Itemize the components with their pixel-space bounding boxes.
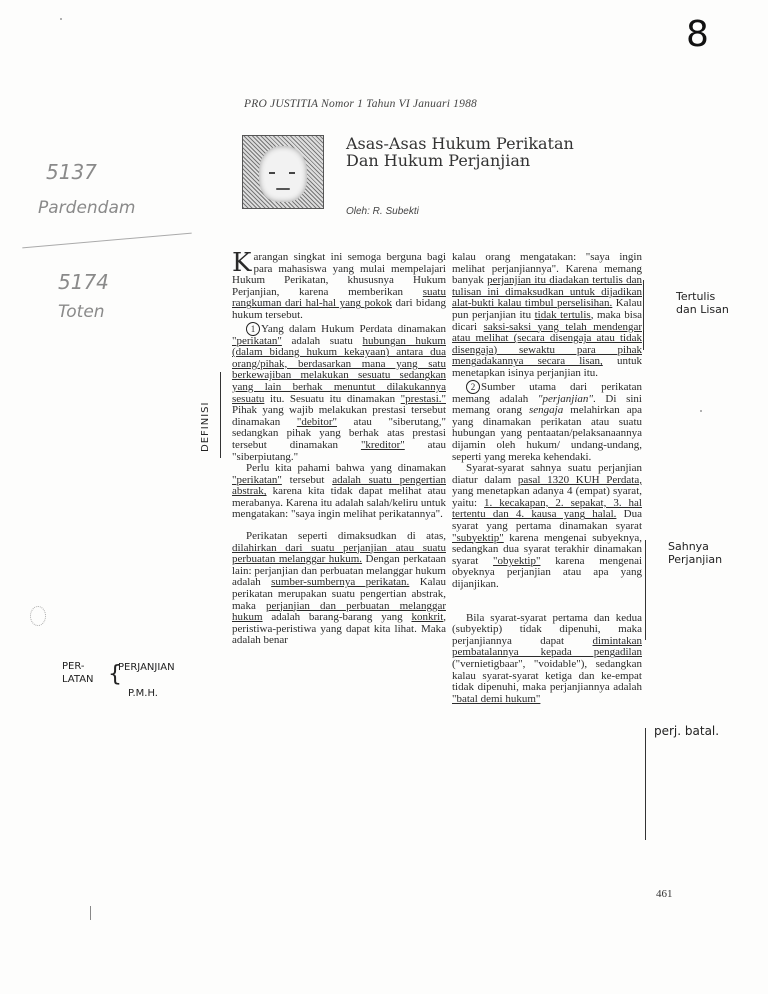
pencil-divider	[22, 233, 191, 249]
pencil-note-number-1: 5137	[46, 160, 97, 184]
paragraph-intro: Karangan singkat ini semoga berguna bagi…	[232, 252, 446, 322]
bracket-branch-perjanjian: PERJANJIAN	[118, 662, 175, 673]
paragraph-definition: 1Yang dalam Hukum Perdata dinamakan "per…	[232, 322, 446, 464]
author-portrait	[242, 135, 324, 209]
scan-speck	[60, 18, 62, 20]
pencil-note-text-1: Pardendam	[38, 198, 135, 218]
note-sahnya: Sahnya Perjanjian	[668, 540, 722, 566]
printed-page-number: 461	[656, 888, 673, 900]
bracket-note-root: PER- LATAN	[62, 660, 94, 686]
paragraph-abstract: Perlu kita pahami bahwa yang dinamakan "…	[232, 463, 446, 521]
note-tertulis: Tertulis dan Lisan	[676, 290, 729, 316]
margin-bar-right-2	[645, 540, 646, 640]
title-line-1: Asas-Asas Hukum Perikatan	[346, 135, 574, 152]
pencil-note-number-2: 5174	[58, 270, 109, 294]
portrait-mouth	[276, 188, 290, 190]
paragraph-written-oral: kalau orang mengatakan: "saya ingin meli…	[452, 252, 642, 380]
definisi-annotation: DEFINISI	[200, 402, 211, 452]
bracket-branch-pmh: P.M.H.	[128, 688, 158, 699]
portrait-face	[259, 146, 307, 202]
margin-bar-right-3	[645, 728, 646, 840]
paragraph-nullity: Bila syarat-syarat pertama dan kedua (su…	[452, 613, 642, 706]
scan-speck	[700, 410, 702, 412]
circled-number-2: 2	[466, 380, 480, 394]
portrait-eye	[289, 172, 295, 174]
pencil-circle-mark	[30, 606, 46, 626]
pencil-note-text-2: Toten	[58, 302, 105, 322]
paragraph-sources: Perikatan seperti dimaksudkan di atas, d…	[232, 531, 446, 647]
left-column: Karangan singkat ini semoga berguna bagi…	[232, 252, 446, 647]
circled-number-1: 1	[246, 322, 260, 336]
dropcap: K	[232, 252, 251, 274]
note-batal: perj. batal.	[654, 724, 719, 738]
paragraph-validity-conditions: Syarat-syarat sahnya suatu perjanjian di…	[452, 463, 642, 591]
right-column: kalau orang mengatakan: "saya ingin meli…	[452, 252, 642, 705]
pencil-tick	[90, 906, 91, 920]
title-line-2: Dan Hukum Perjanjian	[346, 152, 574, 169]
portrait-eye	[269, 172, 275, 174]
scan-speck	[520, 160, 522, 162]
journal-header: PRO JUSTITIA Nomor 1 Tahun VI Januari 19…	[244, 98, 477, 110]
margin-bar-definisi	[220, 372, 221, 458]
article-title: Asas-Asas Hukum Perikatan Dan Hukum Perj…	[346, 135, 574, 169]
margin-bar-right-1	[643, 280, 644, 350]
handwritten-page-number: 8	[686, 14, 709, 55]
paragraph-main-source: 2Sumber utama dari perikatan memang adal…	[452, 380, 642, 464]
byline: Oleh: R. Subekti	[346, 206, 419, 217]
